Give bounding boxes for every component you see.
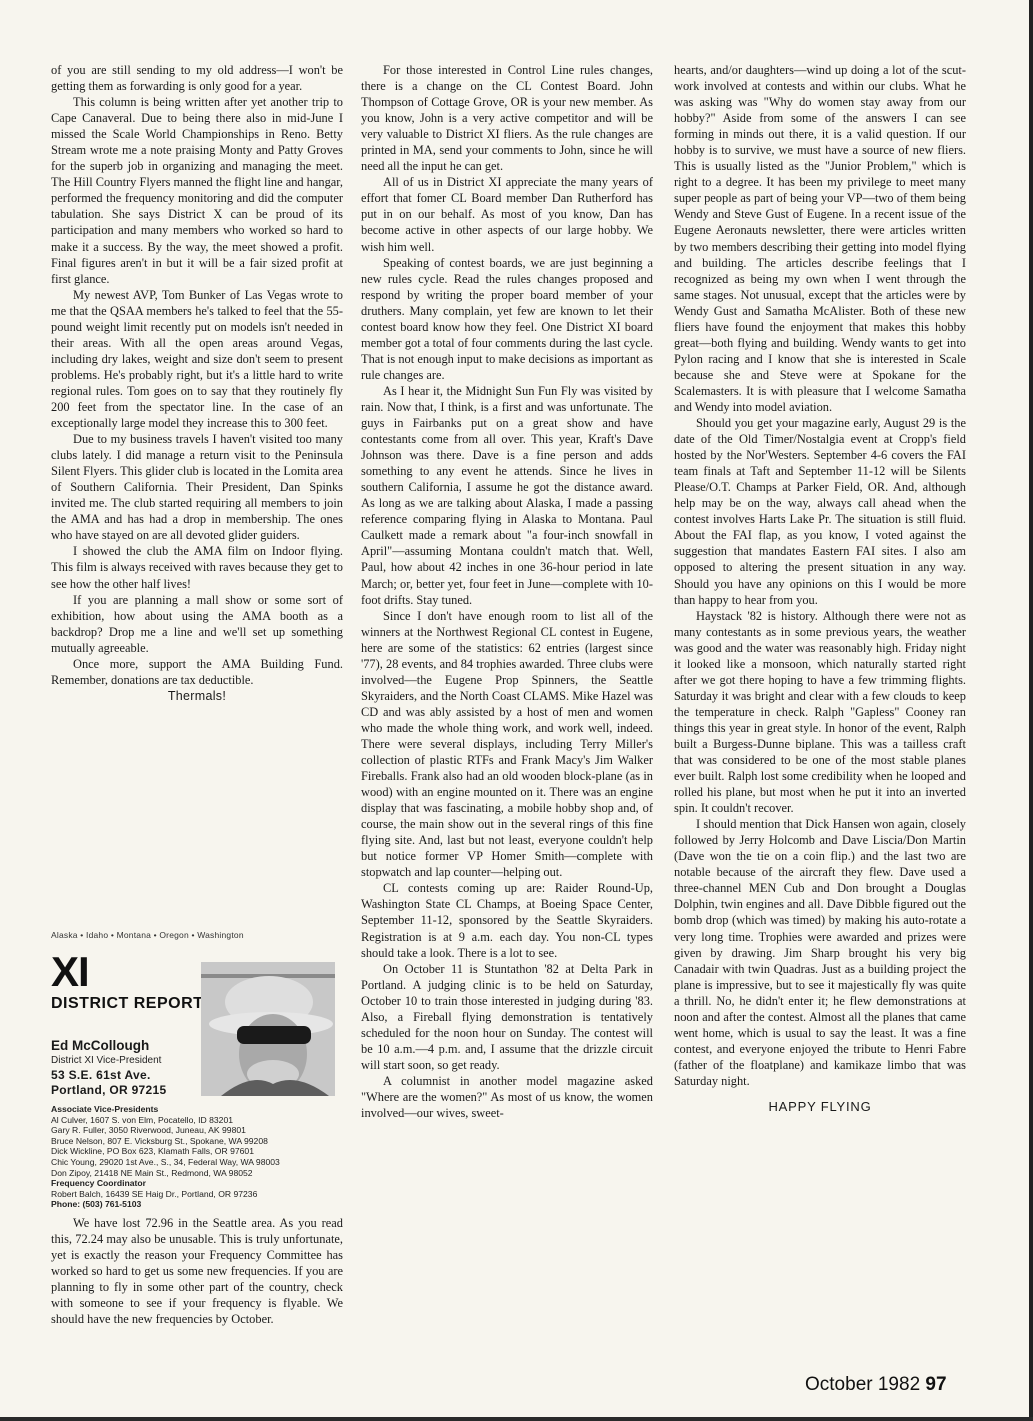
associate-entry: Gary R. Fuller, 3050 Riverwood, Juneau, … — [51, 1125, 343, 1136]
column-2: For those interested in Control Line rul… — [361, 62, 653, 1121]
associates-header: Associate Vice-Presidents — [51, 1104, 343, 1115]
paragraph: For those interested in Control Line rul… — [361, 62, 653, 174]
district-states: Alaska • Idaho • Montana • Oregon • Wash… — [51, 930, 343, 940]
district-header: XI DISTRICT REPORT Ed McCollough Distric… — [51, 940, 343, 1100]
frequency-phone: Phone: (503) 761-5103 — [51, 1199, 343, 1210]
paragraph: Since I don't have enough room to list a… — [361, 608, 653, 881]
page-footer: October 1982 97 — [805, 1374, 947, 1396]
district-report-title: DISTRICT REPORT — [51, 995, 203, 1013]
paragraph: CL contests coming up are: Raider Round-… — [361, 880, 653, 960]
paragraph: As I hear it, the Midnight Sun Fun Fly w… — [361, 383, 653, 608]
associate-entry: Bruce Nelson, 807 E. Vicksburg St., Spok… — [51, 1136, 343, 1147]
column-1-continued: We have lost 72.96 in the Seattle area. … — [51, 1215, 343, 1327]
vp-address-line1: 53 S.E. 61st Ave. — [51, 1068, 151, 1082]
paragraph: Haystack '82 is history. Although there … — [674, 608, 966, 817]
paragraph: Once more, support the AMA Building Fund… — [51, 656, 343, 688]
footer-issue: October 1982 — [805, 1374, 925, 1395]
district-numeral: XI — [51, 952, 89, 992]
paragraph: A columnist in another model magazine as… — [361, 1073, 653, 1121]
paragraph: I showed the club the AMA film on Indoor… — [51, 543, 343, 591]
paragraph: Due to my business travels I haven't vis… — [51, 431, 343, 543]
paragraph: hearts, and/or daughters—wind up doing a… — [674, 62, 966, 415]
paragraph: I should mention that Dick Hansen won ag… — [674, 816, 966, 1089]
page-edge-right — [1029, 0, 1033, 1421]
signoff-happy-flying: HAPPY FLYING — [674, 1099, 966, 1115]
frequency-coordinator: Robert Balch, 16439 SE Haig Dr., Portlan… — [51, 1189, 343, 1200]
column-3: hearts, and/or daughters—wind up doing a… — [674, 62, 966, 1115]
page-edge-bottom — [0, 1417, 1033, 1421]
paragraph: Speaking of contest boards, we are just … — [361, 255, 653, 383]
associate-entry: Chic Young, 29020 1st Ave., S., 34, Fede… — [51, 1157, 343, 1168]
paragraph: Should you get your magazine early, Augu… — [674, 415, 966, 608]
paragraph: All of us in District XI appreciate the … — [361, 174, 653, 254]
paragraph: This column is being written after yet a… — [51, 94, 343, 287]
associate-vps: Associate Vice-Presidents Al Culver, 160… — [51, 1104, 343, 1210]
footer-page-number: 97 — [925, 1374, 946, 1395]
paragraph: If you are planning a mall show or some … — [51, 592, 343, 656]
vp-name: Ed McCollough — [51, 1038, 149, 1053]
vp-portrait-photo — [201, 962, 335, 1096]
signoff-thermals: Thermals! — [51, 688, 343, 704]
associate-entry: Al Culver, 1607 S. von Elm, Pocatello, I… — [51, 1115, 343, 1126]
associate-entry: Dick Wickline, PO Box 623, Klamath Falls… — [51, 1146, 343, 1157]
portrait-illustration-icon — [201, 962, 335, 1096]
column-1: of you are still sending to my old addre… — [51, 62, 343, 704]
paragraph: of you are still sending to my old addre… — [51, 62, 343, 94]
paragraph: My newest AVP, Tom Bunker of Las Vegas w… — [51, 287, 343, 431]
frequency-coordinator-header: Frequency Coordinator — [51, 1178, 343, 1189]
paragraph: On October 11 is Stuntathon '82 at Delta… — [361, 961, 653, 1073]
paragraph: We have lost 72.96 in the Seattle area. … — [51, 1215, 343, 1327]
vp-address-line2: Portland, OR 97215 — [51, 1083, 166, 1097]
district-report-box: Alaska • Idaho • Montana • Oregon • Wash… — [51, 930, 343, 1210]
associate-entry: Don Zipoy, 21418 NE Main St., Redmond, W… — [51, 1168, 343, 1179]
vp-title: District XI Vice-President — [51, 1055, 161, 1066]
